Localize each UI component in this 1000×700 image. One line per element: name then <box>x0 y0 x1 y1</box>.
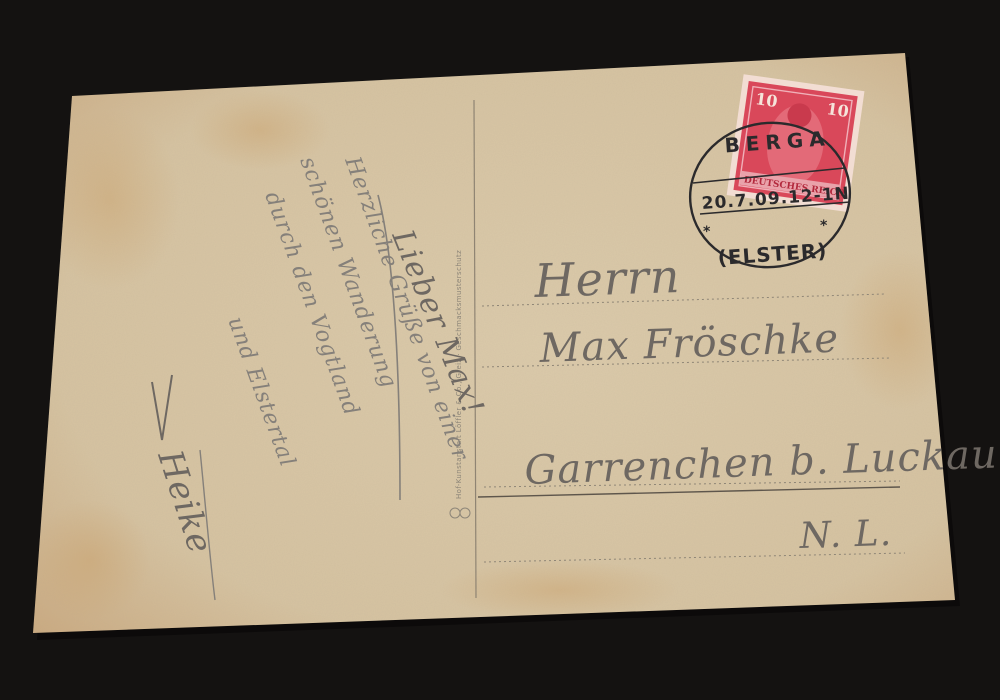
address-line-4: N. L. <box>798 513 893 557</box>
svg-text:*: * <box>820 218 828 234</box>
postcard: Hof-Kunstanstalt Löffler & Co., Greiz · … <box>0 0 1000 700</box>
stamp-value-right: 10 <box>825 99 850 121</box>
photo-scene: Hof-Kunstanstalt Löffler & Co., Greiz · … <box>0 0 1000 700</box>
address-line-1: Herrn <box>532 249 681 308</box>
svg-text:*: * <box>703 224 711 240</box>
stamp-value-left: 10 <box>754 89 779 111</box>
